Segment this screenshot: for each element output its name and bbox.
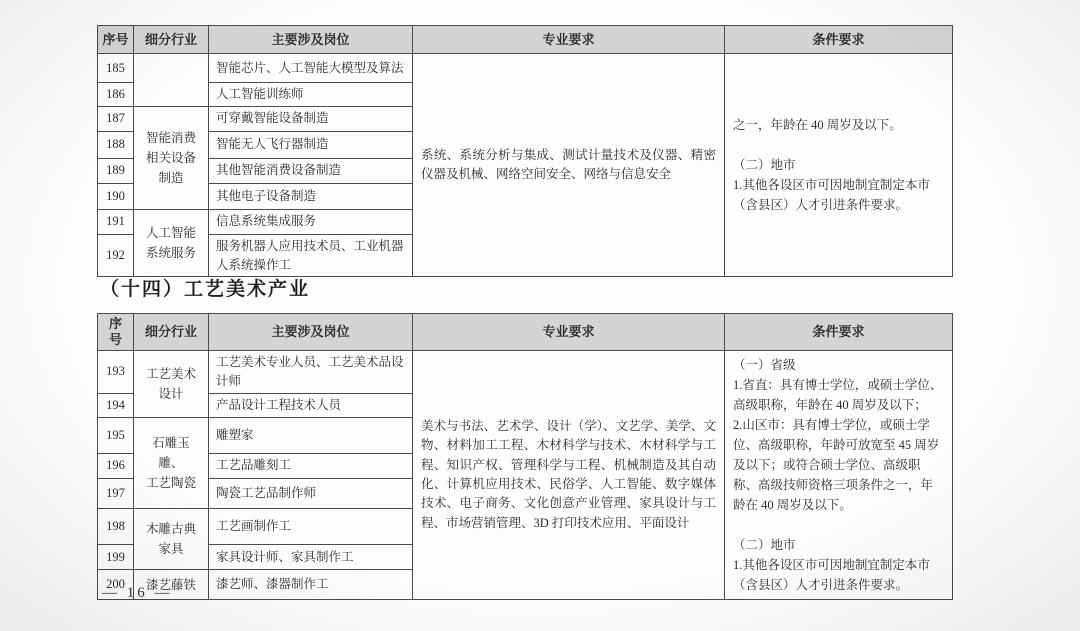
seq-cell: 188	[98, 131, 134, 158]
industry-cell: 木雕古典 家具	[134, 508, 209, 569]
industry-cell: 智能消费 相关设备 制造	[134, 106, 209, 209]
table-row: 193 工艺美术 设计 工艺美术专业人员、工艺美术品设计师 美术与书法、艺术学、…	[98, 351, 953, 394]
document-page: 序号 细分行业 主要涉及岗位 专业要求 条件要求 185 智能芯片、人工智能大模…	[0, 0, 1080, 631]
job-cell: 其他电子设备制造	[209, 183, 413, 209]
seq-cell: 190	[98, 183, 134, 209]
table-row: 185 智能芯片、人工智能大模型及算法 系统、系统分析与集成、测试计量技术及仪器…	[98, 54, 953, 83]
job-cell: 人工智能训练师	[209, 83, 413, 107]
job-cell: 智能无人飞行器制造	[209, 131, 413, 158]
job-cell: 其他智能消费设备制造	[209, 158, 413, 183]
industry-cell: 工艺美术 设计	[134, 351, 209, 418]
seq-cell: 185	[98, 54, 134, 83]
seq-cell: 198	[98, 508, 134, 544]
seq-cell: 189	[98, 158, 134, 183]
table1-header-row: 序号 细分行业 主要涉及岗位 专业要求 条件要求	[98, 26, 953, 54]
major-requirement-cell: 美术与书法、艺术学、设计（学）、文艺学、美学、文物、材料加工工程、木材科学与技术…	[413, 351, 725, 600]
industry-cell: 人工智能 系统服务	[134, 209, 209, 277]
column-header-condition: 条件要求	[725, 314, 953, 351]
job-cell: 可穿戴智能设备制造	[209, 106, 413, 131]
table2-header-row: 序 号 细分行业 主要涉及岗位 专业要求 条件要求	[98, 314, 953, 351]
column-header-jobs: 主要涉及岗位	[209, 314, 413, 351]
column-header-major: 专业要求	[413, 26, 725, 54]
column-header-condition: 条件要求	[725, 26, 953, 54]
industry-table-ai: 序号 细分行业 主要涉及岗位 专业要求 条件要求 185 智能芯片、人工智能大模…	[97, 25, 953, 277]
industry-cell	[134, 54, 209, 107]
job-cell: 雕塑家	[209, 417, 413, 453]
job-cell: 陶瓷工艺品制作师	[209, 478, 413, 508]
seq-cell: 196	[98, 453, 134, 478]
job-cell: 服务机器人应用技术员、工业机器人系统操作工	[209, 234, 413, 277]
page-number: — 16 —	[102, 585, 173, 602]
column-header-major: 专业要求	[413, 314, 725, 351]
seq-cell: 186	[98, 83, 134, 107]
job-cell: 工艺品雕刻工	[209, 453, 413, 478]
seq-cell: 187	[98, 106, 134, 131]
seq-cell: 193	[98, 351, 134, 394]
job-cell: 智能芯片、人工智能大模型及算法	[209, 54, 413, 83]
major-requirement-cell: 系统、系统分析与集成、测试计量技术及仪器、精密仪器及机械、网络空间安全、网络与信…	[413, 54, 725, 277]
job-cell: 工艺画制作工	[209, 508, 413, 544]
seq-cell: 195	[98, 417, 134, 453]
job-cell: 家具设计师、家具制作工	[209, 545, 413, 570]
industry-cell: 石雕玉雕、 工艺陶瓷	[134, 417, 209, 508]
job-cell: 漆艺师、漆器制作工	[209, 570, 413, 600]
seq-cell: 192	[98, 234, 134, 277]
job-cell: 工艺美术专业人员、工艺美术品设计师	[209, 351, 413, 394]
job-cell: 产品设计工程技术人员	[209, 393, 413, 417]
seq-cell: 191	[98, 209, 134, 234]
column-header-seq: 序号	[98, 26, 134, 54]
seq-cell: 194	[98, 393, 134, 417]
column-header-industry: 细分行业	[134, 26, 209, 54]
condition-requirement-cell: （一）省级 1.省直：具有博士学位，或硕士学位、高级职称，年龄在 40 周岁及以…	[725, 351, 953, 600]
condition-requirement-cell: 之一，年龄在 40 周岁及以下。 （二）地市 1.其他各设区市可因地制宜制定本市…	[725, 54, 953, 277]
industry-table-arts-crafts: 序 号 细分行业 主要涉及岗位 专业要求 条件要求 193 工艺美术 设计 工艺…	[97, 313, 953, 600]
seq-cell: 199	[98, 545, 134, 570]
seq-cell: 197	[98, 478, 134, 508]
column-header-seq: 序 号	[98, 314, 134, 351]
column-header-industry: 细分行业	[134, 314, 209, 351]
job-cell: 信息系统集成服务	[209, 209, 413, 234]
section-heading: （十四）工艺美术产业	[100, 274, 310, 301]
column-header-jobs: 主要涉及岗位	[209, 26, 413, 54]
